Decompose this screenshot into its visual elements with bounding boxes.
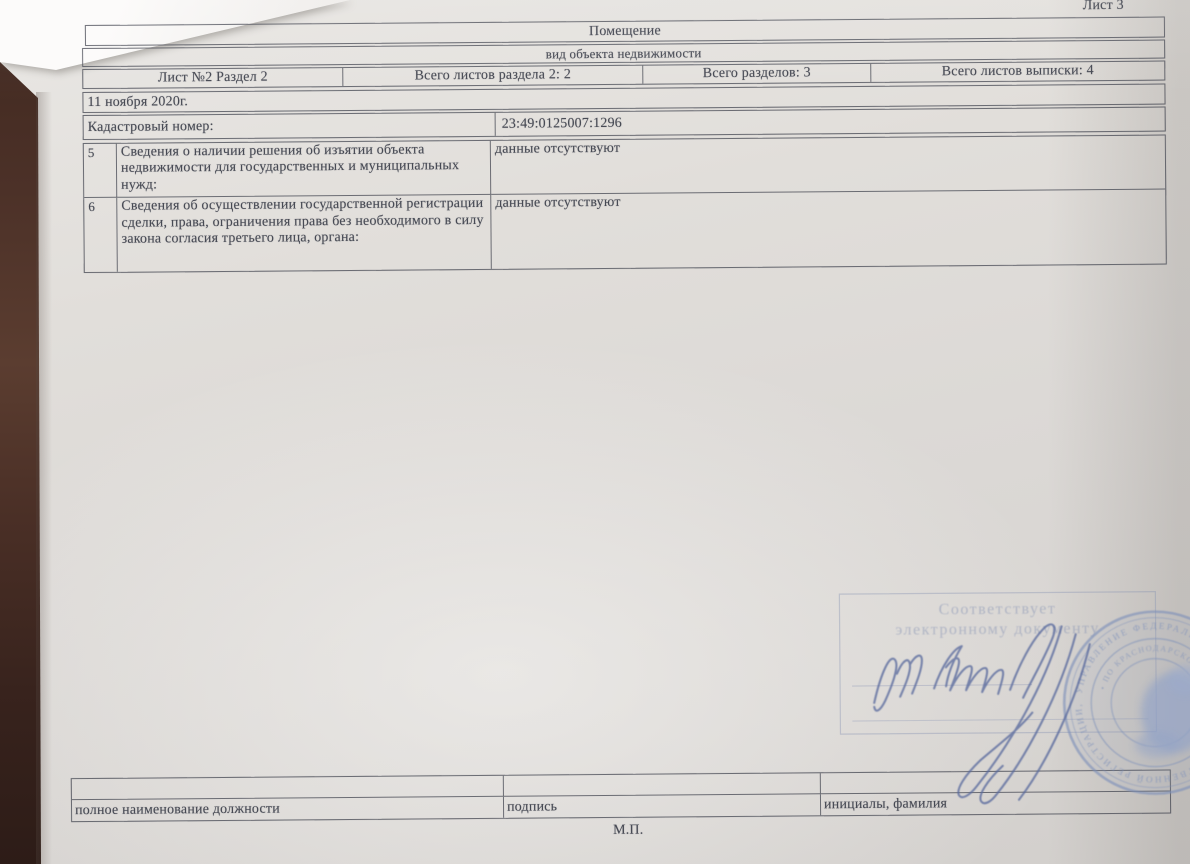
- seal-emblem: [1141, 672, 1190, 753]
- svg-text:• ПО КРАСНОДАРСКОМУ КРАЮ •: • ПО КРАСНОДАРСКОМУ КРАЮ •: [1098, 643, 1190, 720]
- certification-stamp-line1: Соответствует: [939, 600, 1057, 618]
- sheet-number-label: Лист 3: [1083, 0, 1163, 14]
- scanned-document-photo: Лист 3 Помещение вид объекта недвижимост…: [0, 0, 1190, 864]
- svg-text:УПРАВЛЕНИЕ ФЕДЕРАЛЬНОЙ СЛУЖБЫ: УПРАВЛЕНИЕ ФЕДЕРАЛЬНОЙ СЛУЖБЫ ГОСУДАРСТВ…: [1073, 620, 1190, 785]
- seal-place-caption: М.П.: [548, 822, 708, 839]
- info-table: 5 Сведения о наличии решения об изъятии …: [83, 135, 1167, 274]
- signature-field-sign: [504, 773, 821, 796]
- meta-total-sections: Всего разделов: 3: [643, 64, 871, 84]
- round-seal: УПРАВЛЕНИЕ ФЕДЕРАЛЬНОЙ СЛУЖБЫ ГОСУДАРСТВ…: [1064, 611, 1190, 794]
- seal-inner-ring-text: • ПО КРАСНОДАРСКОМУ КРАЮ •: [1098, 643, 1190, 720]
- name-caption: инициалы, фамилия: [821, 792, 1170, 816]
- document-page: Лист 3 Помещение вид объекта недвижимост…: [0, 0, 1190, 864]
- row-number: 5: [84, 144, 117, 198]
- row-label: Сведения об осуществлении государственно…: [117, 195, 492, 272]
- meta-sheet-section: Лист №2 Раздел 2: [83, 68, 343, 88]
- row-number: 6: [84, 198, 118, 272]
- certification-stamp-line2: электронному документу: [895, 620, 1100, 639]
- meta-total-sheets-extract: Всего листов выписки: 4: [871, 62, 1164, 82]
- cadastral-number: 23:49:0125007:1296: [496, 108, 1165, 136]
- row-label: Сведения о наличии решения об изъятии об…: [117, 141, 491, 198]
- meta-total-sheets-section: Всего листов раздела 2: 2: [343, 66, 643, 86]
- signature-caption: подпись: [504, 794, 821, 817]
- row-value: данные отсутствуют: [491, 136, 1165, 195]
- position-caption: полное наименование должности: [72, 797, 504, 821]
- signature-field-name: [821, 771, 1170, 795]
- cadastral-label: Кадастровый номер:: [84, 113, 496, 139]
- seal-outer-ring-text: УПРАВЛЕНИЕ ФЕДЕРАЛЬНОЙ СЛУЖБЫ ГОСУДАРСТВ…: [1073, 620, 1190, 785]
- certification-stamp: Соответствует электронному документу: [839, 592, 1156, 734]
- row-value: данные отсутствуют: [491, 190, 1166, 269]
- signature-block-table: полное наименование должности подпись ин…: [71, 770, 1171, 823]
- extract-date: 11 ноября 2020г.: [83, 94, 188, 111]
